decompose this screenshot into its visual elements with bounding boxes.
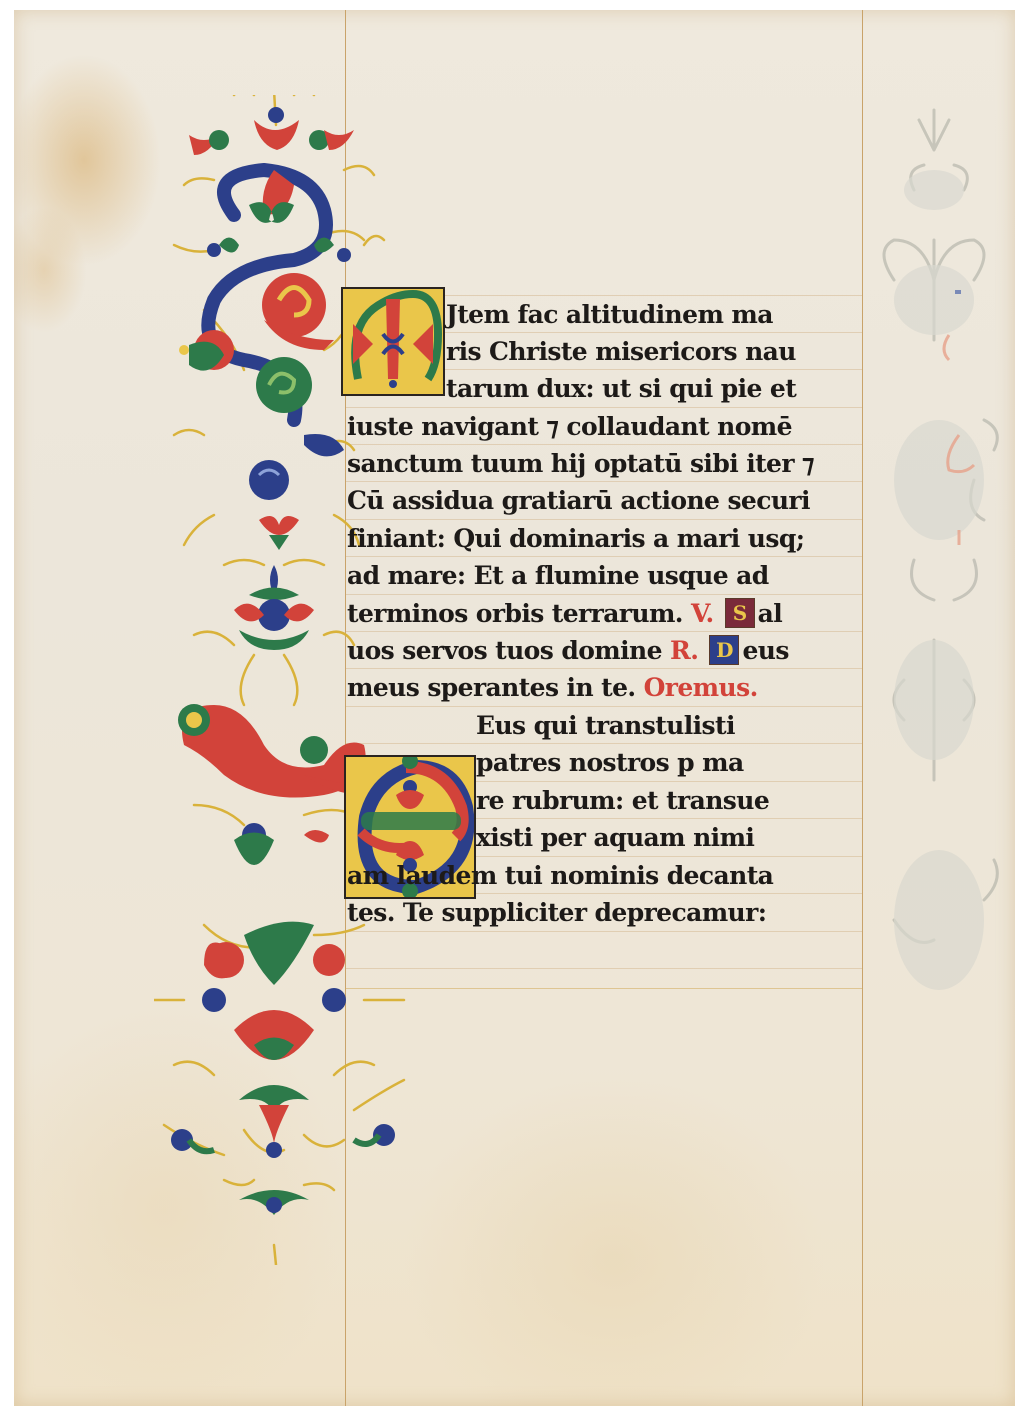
text-line-12: Eus qui transtulisti <box>476 707 735 744</box>
rubric-oremus: Oremus. <box>644 673 758 702</box>
rubric-response: R. <box>670 636 698 665</box>
manuscript-leaf: Jtem fac altitudinem ma ris Christe mise… <box>14 10 1015 1406</box>
small-initial-d: D <box>709 635 739 665</box>
text-line-13: patres nostros p ma <box>476 744 744 781</box>
text-line-2: ris Christe misericors nau <box>446 333 796 370</box>
text-line-17: tes. Te suppliciter deprecamur: <box>347 894 766 931</box>
show-through-decoration <box>874 80 1024 1080</box>
text-line-6: Cū assidua gratiarū actione securi <box>347 482 810 519</box>
text-line-16: am laudem tui nominis decanta <box>347 857 773 894</box>
text-line-10: uos servos tuos domine R. D eus <box>347 632 789 669</box>
text-line-3: tarum dux: ut si qui pie et <box>446 370 796 407</box>
text-line-8: ad mare: Et a flumine usque ad <box>347 557 769 594</box>
right-ruling-line <box>862 10 863 1406</box>
text-line-5: sanctum tuum hij optatū sibi iter ⁊ <box>347 445 814 482</box>
rubric-versicle: V. <box>691 599 714 628</box>
text-line-7: finiant: Qui dominaris a mari usq; <box>347 520 804 557</box>
text-line-1: Jtem fac altitudinem ma <box>446 296 773 333</box>
illuminated-initial-d-1 <box>341 287 445 396</box>
text-line-11: meus sperantes in te. Oremus. <box>347 669 758 706</box>
small-initial-s: S <box>725 598 755 628</box>
text-line-4: iuste navigant ⁊ collaudant nomē <box>347 408 792 445</box>
text-line-15: xisti per aquam nimi <box>476 819 754 856</box>
text-line-14: re rubrum: et transue <box>476 782 769 819</box>
initial-letter-d-icon <box>343 289 443 394</box>
text-line-9: terminos orbis terrarum. V. S al <box>347 595 782 632</box>
